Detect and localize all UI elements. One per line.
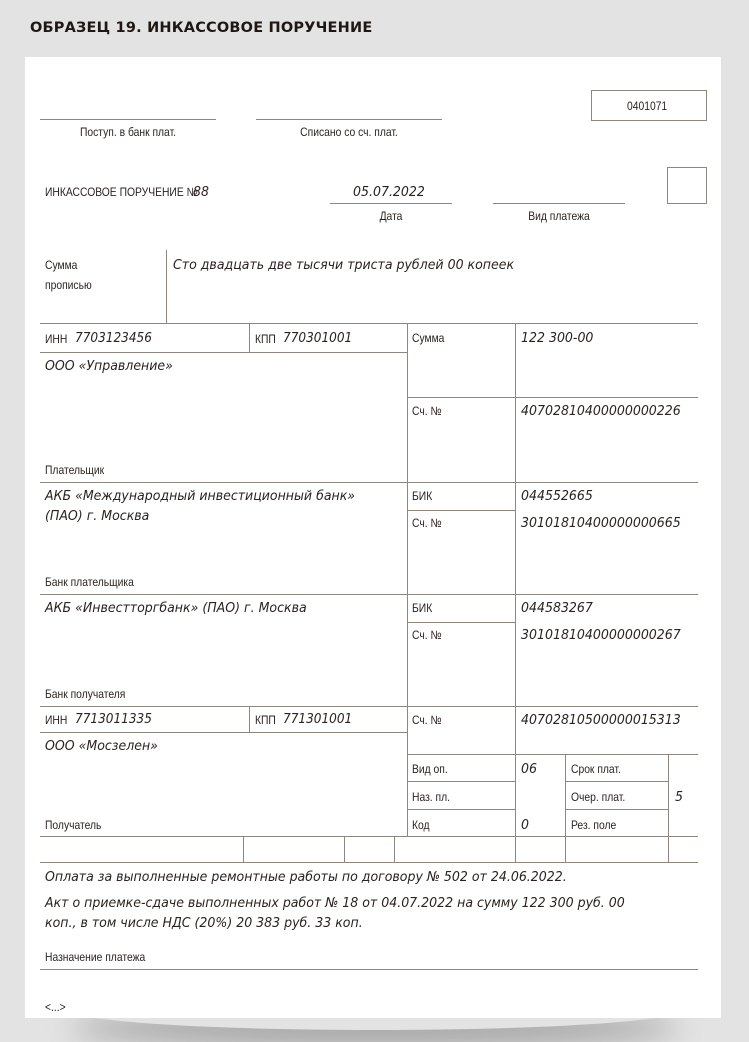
- grid-line: [565, 809, 668, 810]
- order-title: ИНКАССОВОЕ ПОРУЧЕНИЕ №: [45, 185, 198, 199]
- date-line: [330, 203, 452, 204]
- payment-type-label: Вид платежа: [502, 209, 616, 223]
- payee-account: 40702810500000015313: [521, 712, 681, 728]
- payee-bank-bik-label: БИК: [412, 601, 432, 615]
- grid-line: [565, 754, 566, 862]
- payer-bank-name-line1: АКБ «Международный инвестиционный банк»: [45, 488, 355, 504]
- payer-bank-bik: 044552665: [521, 488, 593, 504]
- payee-account-label: Сч. №: [412, 713, 442, 727]
- grid-line: [40, 836, 698, 837]
- debited-label: Списано со сч. плат.: [269, 125, 429, 139]
- payee-inn: 7713011335: [75, 712, 152, 727]
- payee-bank-name: АКБ «Инвестторгбанк» (ПАО) г. Москва: [45, 600, 307, 616]
- payee-name: ООО «Мосзелен»: [45, 738, 158, 754]
- code-label: Код: [412, 818, 430, 832]
- grid-line: [40, 323, 698, 324]
- purpose-line2: Акт о приемке-сдаче выполненных работ № …: [45, 895, 625, 911]
- payer-bank-account: 30101810400000000665: [521, 515, 681, 531]
- payer-amount: 122 300-00: [521, 330, 593, 346]
- order-number: 88: [193, 184, 209, 200]
- amount-words-label: Сумма прописью: [45, 255, 92, 295]
- op-type: 06: [521, 761, 537, 777]
- grid-line: [40, 352, 407, 353]
- grid-line: [407, 754, 698, 755]
- grid-line: [40, 732, 407, 733]
- payer-amount-label: Сумма: [412, 331, 444, 345]
- payee-bank-account-label: Сч. №: [412, 628, 442, 642]
- payer-bank-account-label: Сч. №: [412, 516, 442, 530]
- grid-line: [243, 836, 244, 862]
- priority-label: Очер. плат.: [571, 790, 625, 804]
- grid-line: [407, 809, 515, 810]
- purpose-line1: Оплата за выполненные ремонтные работы п…: [45, 869, 567, 885]
- grid-line: [344, 836, 345, 862]
- payee-bank-role-label: Банк получателя: [45, 687, 125, 701]
- grid-line: [249, 706, 250, 732]
- payee-bank-account: 30101810400000000267: [521, 627, 681, 643]
- grid-line: [40, 594, 698, 595]
- payee-role-label: Получатель: [45, 818, 101, 832]
- payment-type-line: [493, 203, 625, 204]
- grid-line: [249, 323, 250, 352]
- code: 0: [521, 817, 529, 833]
- grid-line: [407, 622, 515, 623]
- payer-bank-bik-label: БИК: [412, 489, 432, 503]
- purpose-line3: коп., в том числе НДС (20%) 20 383 руб. …: [45, 915, 363, 931]
- grid-line: [40, 862, 698, 863]
- payee-kpp: 771301001: [283, 712, 352, 727]
- reserved-label: Рез. поле: [571, 818, 616, 832]
- grid-line: [515, 323, 516, 862]
- payer-bank-role-label: Банк плательщика: [45, 575, 134, 589]
- payer-role-label: Плательщик: [45, 463, 104, 477]
- purpose-label: Назначение платежа: [45, 950, 145, 964]
- grid-line: [40, 706, 698, 707]
- grid-line: [394, 836, 395, 862]
- amount-words-value: Сто двадцать две тысячи триста рублей 00…: [173, 257, 514, 273]
- received-line: [40, 119, 216, 120]
- received-label: Поступ. в банк плат.: [52, 125, 203, 139]
- grid-line: [40, 482, 698, 483]
- payer-inn-label: ИНН: [45, 332, 67, 346]
- payer-inn: 7703123456: [75, 331, 152, 346]
- purpose-code-label: Наз. пл.: [412, 790, 450, 804]
- payer-kpp-label: КПП: [255, 332, 276, 346]
- amount-words-divider: [166, 250, 167, 323]
- payer-bank-name-line2: (ПАО) г. Москва: [45, 508, 149, 524]
- grid-line: [407, 397, 698, 398]
- grid-line: [668, 754, 669, 862]
- date-label: Дата: [339, 209, 444, 223]
- due-label: Срок плат.: [571, 762, 621, 776]
- op-type-label: Вид оп.: [412, 762, 448, 776]
- grid-line: [407, 323, 408, 836]
- payee-bank-bik: 044583267: [521, 600, 593, 616]
- priority: 5: [675, 789, 683, 805]
- grid-line: [407, 781, 515, 782]
- collection-order-form: 0401071 Поступ. в банк плат. Списано со …: [25, 57, 721, 1018]
- page-heading: ОБРАЗЕЦ 19. ИНКАССОВОЕ ПОРУЧЕНИЕ: [30, 20, 372, 36]
- purpose-line: [40, 969, 698, 970]
- debited-line: [256, 119, 442, 120]
- order-date: 05.07.2022: [353, 184, 425, 200]
- payer-account-label: Сч. №: [412, 404, 442, 418]
- form-code: 0401071: [627, 99, 667, 113]
- grid-line: [565, 781, 668, 782]
- payee-inn-label: ИНН: [45, 713, 67, 727]
- continuation-ellipsis: <...>: [45, 1000, 66, 1014]
- payer-name: ООО «Управление»: [45, 358, 173, 374]
- status-box[interactable]: [667, 167, 707, 204]
- grid-line: [407, 510, 515, 511]
- payer-account: 40702810400000000226: [521, 403, 681, 419]
- payer-kpp: 770301001: [283, 331, 352, 346]
- payee-kpp-label: КПП: [255, 713, 276, 727]
